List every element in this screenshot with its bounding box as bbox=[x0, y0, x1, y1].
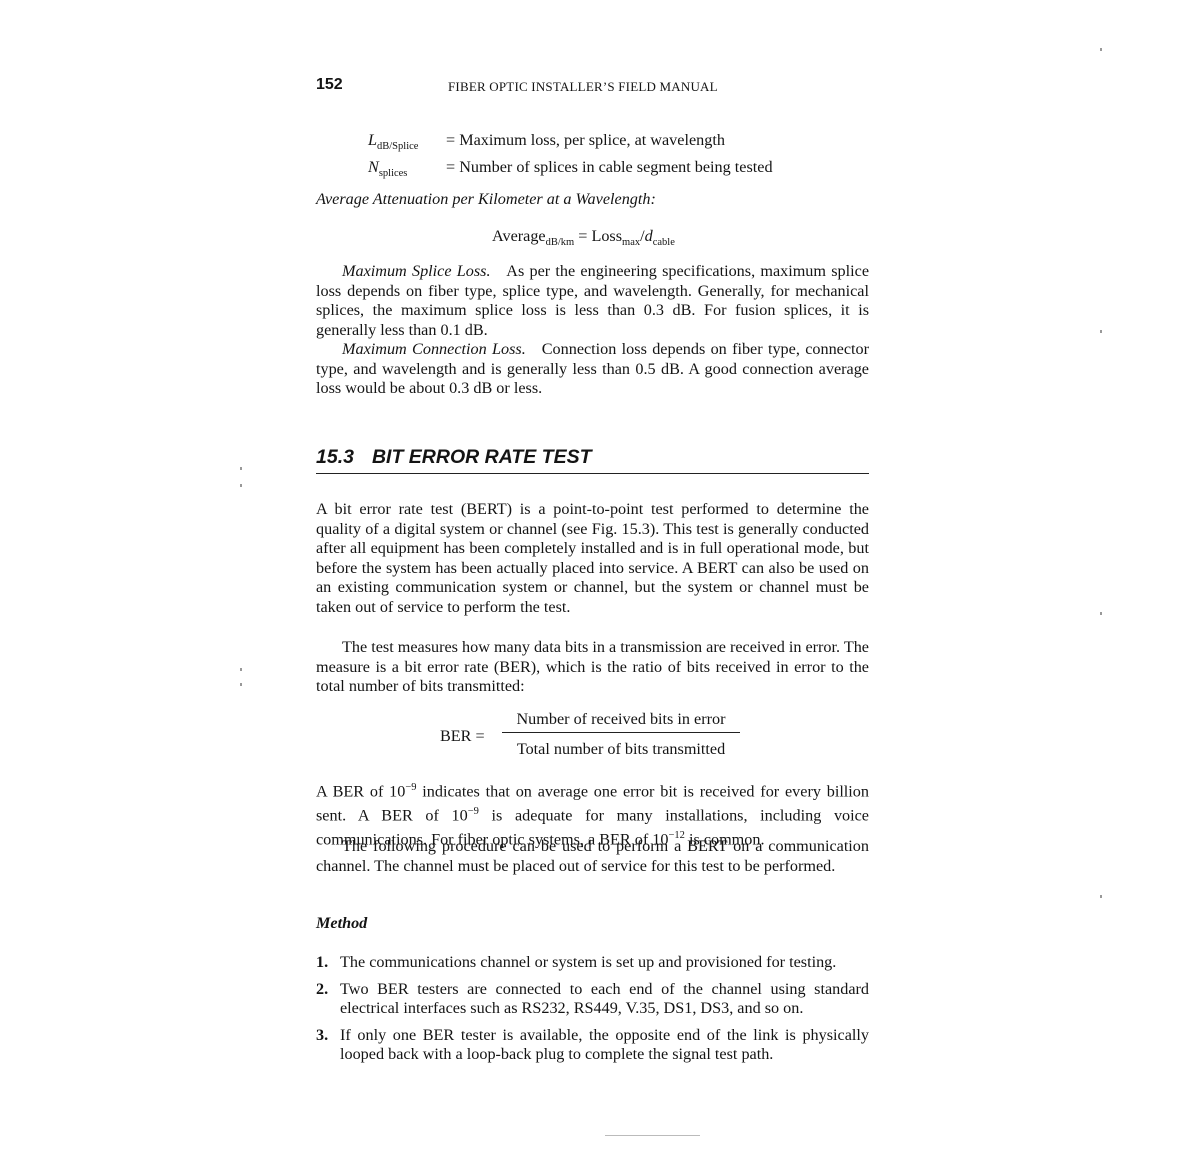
paragraph-connection-loss: Maximum Connection Loss. Connection loss… bbox=[316, 340, 869, 399]
scan-speck bbox=[1100, 330, 1102, 333]
avg-attenuation-equation: AveragedB/km = Lossmax/dcable bbox=[492, 227, 675, 248]
paragraph-bert-intro: A bit error rate test (BERT) is a point-… bbox=[316, 500, 869, 618]
scan-speck bbox=[1100, 612, 1102, 615]
formula-fraction: Number of received bits in error Total n… bbox=[502, 710, 740, 759]
avg-attenuation-heading: Average Attenuation per Kilometer at a W… bbox=[316, 190, 656, 209]
step-text: The communications channel or system is … bbox=[340, 953, 836, 971]
scan-speck bbox=[1100, 895, 1102, 898]
section-heading: 15.3BIT ERROR RATE TEST bbox=[316, 446, 869, 474]
definition-row: LdB/Splice = Maximum loss, per splice, a… bbox=[368, 130, 773, 157]
scan-speck bbox=[240, 467, 242, 470]
step-number: 3. bbox=[316, 1026, 328, 1046]
scan-speck bbox=[240, 668, 242, 671]
section-number: 15.3 bbox=[316, 446, 354, 468]
definition-meaning: = Number of splices in cable segment bei… bbox=[446, 158, 773, 176]
page-number: 152 bbox=[316, 76, 343, 94]
scan-speck bbox=[605, 1135, 700, 1136]
step-text: If only one BER tester is available, the… bbox=[340, 1026, 869, 1064]
list-item: 1. The communications channel or system … bbox=[316, 953, 869, 973]
definitions-list: LdB/Splice = Maximum loss, per splice, a… bbox=[368, 130, 773, 184]
definition-meaning: = Maximum loss, per splice, at wavelengt… bbox=[446, 131, 725, 149]
run-in-heading: Maximum Splice Loss. bbox=[342, 262, 491, 280]
definition-row: Nsplices = Number of splices in cable se… bbox=[368, 157, 773, 184]
paragraph-bert-measure: The test measures how many data bits in … bbox=[316, 638, 869, 697]
running-header: 152 FIBER OPTIC INSTALLER’S FIELD MANUAL bbox=[316, 76, 876, 100]
step-number: 1. bbox=[316, 953, 328, 973]
paragraph-splice-loss: Maximum Splice Loss. As per the engineer… bbox=[316, 262, 869, 340]
definition-symbol: Nsplices bbox=[368, 157, 442, 184]
step-number: 2. bbox=[316, 980, 328, 1000]
list-item: 3. If only one BER tester is available, … bbox=[316, 1026, 869, 1065]
scan-speck bbox=[1100, 48, 1102, 51]
list-item: 2. Two BER testers are connected to each… bbox=[316, 980, 869, 1019]
step-text: Two BER testers are connected to each en… bbox=[340, 980, 869, 1018]
document-page: 152 FIBER OPTIC INSTALLER’S FIELD MANUAL… bbox=[0, 0, 1191, 1152]
method-steps: 1. The communications channel or system … bbox=[316, 953, 869, 1072]
book-title: FIBER OPTIC INSTALLER’S FIELD MANUAL bbox=[448, 79, 718, 95]
formula-lhs: BER = bbox=[440, 727, 485, 746]
method-heading: Method bbox=[316, 914, 367, 933]
formula-denominator: Total number of bits transmitted bbox=[502, 733, 740, 759]
paragraph-procedure: The following procedure can be used to p… bbox=[316, 837, 869, 876]
scan-speck bbox=[240, 683, 242, 686]
formula-numerator: Number of received bits in error bbox=[502, 710, 740, 733]
definition-symbol: LdB/Splice bbox=[368, 130, 442, 157]
scan-speck bbox=[240, 484, 242, 487]
run-in-heading: Maximum Connection Loss. bbox=[342, 340, 526, 358]
section-title: BIT ERROR RATE TEST bbox=[372, 446, 592, 468]
